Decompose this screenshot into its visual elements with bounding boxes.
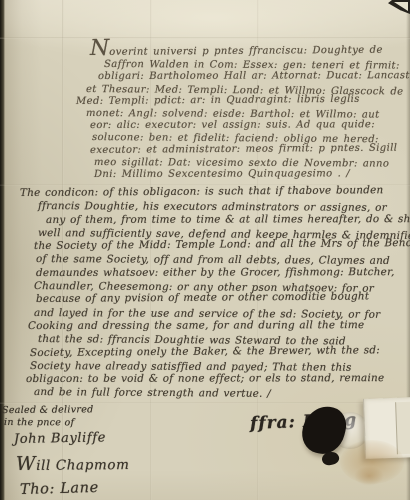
latin-line: Med: Templi: pdict: ar: in Quadragint: l… xyxy=(76,93,410,108)
condition-line: Cooking and dressing the same, for and d… xyxy=(28,319,410,333)
condition-line: because of any pvision of meate or other… xyxy=(36,290,410,306)
condition-line: and be in full force strength and vertue… xyxy=(34,386,410,402)
paper-seal-tag-fold xyxy=(395,402,410,455)
condition-line: the Society of the Midd: Temple Lond: an… xyxy=(34,237,410,253)
condition-line: demaundes whatsoev: either by the Grocer… xyxy=(36,266,410,280)
condition-text: The condicon: of this obligacon: is such… xyxy=(12,187,410,400)
witness-signature: Tho: Lane xyxy=(20,478,172,498)
latin-line: executor: et administrator: meos firmit:… xyxy=(90,142,410,157)
manuscript-document-scan: Noverint universi p pntes ffranciscu: Do… xyxy=(0,0,410,500)
condition-line: Society, Excepting onely the Baker, & th… xyxy=(30,344,410,360)
condition-line: any of them, from time to time & at all … xyxy=(46,213,410,227)
latin-line: Dni: Millimo Sexcentesimo Quinquagesimo … xyxy=(94,168,410,181)
latin-line: eor: alic: executor: vel assign: suis. A… xyxy=(90,119,410,132)
witness-signature: Will Chapmom xyxy=(16,452,172,475)
witness-signature: John Bayliffe xyxy=(14,429,172,447)
condition-line: obligacon: to be void & of none effect; … xyxy=(26,372,410,386)
condition-line: The condicon: of this obligacon: is such… xyxy=(20,184,410,200)
latin-line: obligari: Bartholomeo Hall ar: Attornat:… xyxy=(98,71,410,84)
latin-bond-text: Noverint universi p pntes ffranciscu: Do… xyxy=(70,44,410,181)
paper-crease xyxy=(0,37,410,39)
attestation-line: Sealed & delivred xyxy=(2,404,172,417)
ink-stain xyxy=(354,466,384,486)
attestation-line: in the pnce of xyxy=(4,417,172,429)
latin-line: Noverint universi p pntes ffranciscu: Do… xyxy=(90,41,410,59)
attestation-block: Sealed & delivred in the pnce of John Ba… xyxy=(2,405,172,498)
